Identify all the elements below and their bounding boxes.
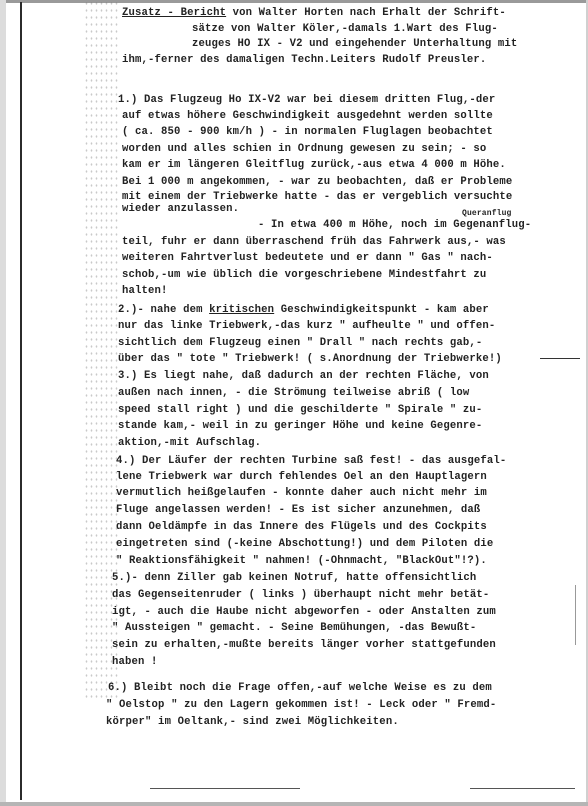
bottom-scan-line [150,788,300,789]
section-6-line: körper" im Oeltank,- sind zwei Möglichke… [106,716,399,728]
section-1-line: auf etwas höhere Geschwindigkeit ausgede… [122,110,493,122]
scan-border-left [0,0,6,806]
section-6-line: 6.) Bleibt noch die Frage offen,-auf wel… [108,682,492,694]
section-3-line: speed stall right ) und die geschilderte… [118,404,482,416]
section-3-line: 3.) Es liegt nahe, daß dadurch an der re… [118,370,489,382]
section-4-line: Fluge angelassen werden! - Es ist sicher… [116,504,480,516]
binding-margin-line [20,2,22,800]
section-1-line: mit einem der Triebwerke hatte - das er … [122,191,512,203]
emphasis-kritischen: kritischen [209,304,274,316]
section-1-line: weiteren Fahrtverlust bedeutete und er d… [122,252,493,264]
report-heading-line4: ihm,-ferner des damaligen Techn.Leiters … [122,54,486,66]
section-5-line: " Aussteigen " gemacht. - Seine Bemühung… [112,622,476,634]
report-heading-line3: zeuges HO IX - V2 und eingehender Unterh… [192,38,517,50]
report-heading-line2: sätze von Walter Köler,-damals 1.Wart de… [192,23,498,35]
section-5-line: igt, - auch die Haube nicht abgeworfen -… [112,606,496,618]
section-4-line: dann Oeldämpfe in das Innere des Flügels… [116,521,487,533]
section-4-line: vermutlich heißgelaufen - konnte daher a… [116,487,487,499]
section-2-line: nur das linke Triebwerk,-das kurz " aufh… [118,320,495,332]
section-5-line: das Gegenseitenruder ( links ) überhaupt… [112,589,489,601]
scanned-page: Zusatz - Bericht von Walter Horten nach … [0,0,588,806]
right-margin-dots [575,585,576,645]
section-4-line: eingetreten sind (-keine Abschottung!) u… [116,538,493,550]
margin-mark [540,358,580,359]
section-5-line: haben ! [112,656,158,668]
section-6-line: " Oelstop " zu den Lagern gekommen ist! … [106,699,496,711]
section-1-line: halten! [122,285,168,297]
section-2-line: sichtlich dem Flugzeug einen " Drall " n… [118,337,482,349]
section-3-line: außen nach innen, - die Strömung teilwei… [118,387,469,399]
section-1-line: teil, fuhr er dann überraschend früh das… [122,236,506,248]
section-1-line: - In etwa 400 m Höhe, noch im Gegenanflu… [258,219,531,231]
section-2-line: über das " tote " Triebwerk! ( s.Anordnu… [118,353,502,365]
section-1-line: kam er im längeren Gleitflug zurück,-aus… [122,159,506,171]
report-title: Zusatz - Bericht [122,7,226,19]
scan-border-bottom [0,802,588,806]
section-4-line: 4.) Der Läufer der rechten Turbine saß f… [116,455,506,467]
section-1-line: 1.) Das Flugzeug Ho IX-V2 war bei diesem… [118,94,495,106]
section-1-line: ( ca. 850 - 900 km/h ) - in normalen Flu… [122,126,493,138]
section-1-line: worden und alles schien in Ordnung gewes… [122,143,486,155]
section-1-line: schob,-um wie üblich die vorgeschriebene… [122,269,486,281]
section-3-line: aktion,-mit Aufschlag. [118,437,261,449]
report-heading-line1: Zusatz - Bericht von Walter Horten nach … [122,7,506,19]
section-1-line: Bei 1 000 m angekommen, - war zu beobach… [122,176,512,188]
section-5-line: sein zu erhalten,-mußte bereits länger v… [112,639,496,651]
section-4-line: " Reaktionsfähigkeit " nahmen! (-Ohnmach… [116,555,487,567]
section-1-line: wieder anzulassen. [122,203,239,215]
section-5-line: 5.)- denn Ziller gab keinen Notruf, hatt… [112,572,476,584]
bottom-scan-line [470,788,575,789]
section-2-line: 2.)- nahe dem kritischen Geschwindigkeit… [118,304,489,316]
section-3-line: stande kam,- weil in zu geringer Höhe un… [118,420,482,432]
section-4-line: lene Triebwerk war durch fehlendes Oel a… [116,471,487,483]
